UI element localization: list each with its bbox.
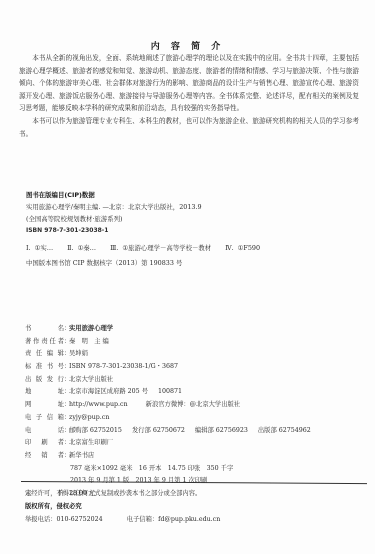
cip-classification: Ⅰ. ①实… Ⅱ. ①秦… Ⅲ. ①旅游心理学－高等学校－教材 Ⅳ. ①F590 xyxy=(26,242,356,254)
field-label: 出版发行： xyxy=(25,374,68,387)
field-label: 电话： xyxy=(25,425,68,438)
publisher-value: 北京大学出版社 xyxy=(68,374,113,387)
phone-entry: 编辑部 62756923 xyxy=(195,427,248,434)
report-phone-label: 举报电话： xyxy=(25,516,56,523)
phone-entry: 出版部 62754962 xyxy=(258,427,311,434)
intro-paragraph: 本书从全新的视角出发，全面、系统地阐述了旅游心理学的理论以及在实践中的应用。全书… xyxy=(19,52,359,115)
editor-value: 吴坤娟 xyxy=(68,348,88,361)
cip-isbn-line: ISBN 978-7-301-23038-1 xyxy=(26,225,356,237)
cip-class-item: Ⅳ. ①F590 xyxy=(225,244,260,252)
specs-value: 787 毫米×1092 毫米 16 开本 14.75 印张 350 千字 xyxy=(69,463,233,476)
intro-body: 本书从全新的视角出发，全面、系统地阐述了旅游心理学的理论以及在实践中的应用。全书… xyxy=(19,52,359,140)
intro-paragraph: 本书可以作为旅游管理专业专科生、本科生的教材，也可以作为旅游企业、旅游研究机构的… xyxy=(19,115,359,140)
report-phone: 010-62752024 xyxy=(56,516,102,523)
footer: 未经许可，不得以任何方式复制或抄袭本书之部分或全部内容。 版权所有，侵权必究 举… xyxy=(25,487,365,526)
colophon-row-isbn: 标准书号： ISBN 978-7-301-23038-1/G・3687 xyxy=(25,361,365,374)
field-label: 著作责任者： xyxy=(25,336,68,349)
postcode: 100871 xyxy=(158,388,182,395)
colophon-row-book-name: 书名： 实用旅游心理学 xyxy=(25,323,365,336)
phone-values: 邮购部 62752015发行部 62750672编辑部 62756923出版部 … xyxy=(68,425,311,438)
cip-class-item: Ⅰ. ①实… xyxy=(26,244,53,252)
colophon-row-website: 网址： http://www.pup.cn新浪官方微博：@北京大学出版社 xyxy=(25,399,365,412)
colophon-row-editor: 责任编辑： 吴坤娟 xyxy=(25,348,365,361)
cip-cn-number: 中国版本图书馆 CIP 数据核字（2013）第 190833 号 xyxy=(26,257,356,269)
field-label: 标准书号： xyxy=(25,361,68,374)
field-label: 网址： xyxy=(25,399,68,412)
colophon-row-email: 电子信箱： zyjy@pup.cn xyxy=(25,412,365,425)
rights-reserved: 版权所有，侵权必究 xyxy=(25,500,365,513)
phone-entry: 邮购部 62752015 xyxy=(69,427,122,434)
weibo-value: @北京大学出版社 xyxy=(190,401,240,408)
address-value: 北京市海淀区成府路 205 号100871 xyxy=(68,386,182,399)
report-email[interactable]: fd@pup.pku.edu.cn xyxy=(158,516,220,523)
phone-entry: 发行部 62750672 xyxy=(132,427,185,434)
field-label: 责任编辑： xyxy=(25,348,68,361)
colophon-row-distributor: 经销者： 新华书店 xyxy=(25,450,365,463)
cip-title-line: 实用旅游心理学/秦明主编. —北京：北京大学出版社，2013.9 xyxy=(26,201,356,213)
field-label: 印刷者： xyxy=(25,437,68,450)
colophon: 书名： 实用旅游心理学 著作责任者： 秦 明 主 编 责任编辑： 吴坤娟 标准书… xyxy=(25,323,365,501)
distributor-value: 新华书店 xyxy=(68,450,94,463)
book-name-value: 实用旅游心理学 xyxy=(68,323,113,336)
author-value: 秦 明 主 编 xyxy=(68,336,109,349)
report-email-label: 电子信箱： xyxy=(127,516,158,523)
colophon-row-specs: 787 毫米×1092 毫米 16 开本 14.75 印张 350 千字 xyxy=(25,463,365,476)
cip-class-item: Ⅲ. ①旅游心理学－高等学校－教材 xyxy=(110,244,211,252)
weibo-label: 新浪官方微博： xyxy=(146,401,190,408)
report-line: 举报电话：010-62752024电子信箱：fd@pup.pku.edu.cn xyxy=(25,513,365,526)
cip-class-item: Ⅱ. ①秦… xyxy=(67,244,96,252)
website-link[interactable]: http://www.pup.cn xyxy=(69,401,128,408)
email-value[interactable]: zyjy@pup.cn xyxy=(68,412,109,425)
field-label: 经销者： xyxy=(25,450,68,463)
cip-block: 图书在版编目(CIP)数据 实用旅游心理学/秦明主编. —北京：北京大学出版社，… xyxy=(26,189,356,269)
intro-title: 内 容 简 介 xyxy=(0,39,375,52)
cip-series-line: (全国高等院校规划教材·旅游系列) xyxy=(26,213,356,225)
cip-heading: 图书在版编目(CIP)数据 xyxy=(26,189,356,201)
copyright-page: 内 容 简 介 本书从全新的视角出发，全面、系统地阐述了旅游心理学的理论以及在实… xyxy=(0,0,375,554)
colophon-row-phone: 电话： 邮购部 62752015发行部 62750672编辑部 62756923… xyxy=(25,425,365,438)
colophon-row-author: 著作责任者： 秦 明 主 编 xyxy=(25,336,365,349)
printer-value: 北京富生印刷厂 xyxy=(68,437,113,450)
isbn-value: ISBN 978-7-301-23038-1/G・3687 xyxy=(68,361,178,374)
field-label: 地址： xyxy=(25,386,68,399)
copy-notice: 未经许可，不得以任何方式复制或抄袭本书之部分或全部内容。 xyxy=(25,487,365,500)
field-label: 电子信箱： xyxy=(25,412,68,425)
colophon-row-address: 地址： 北京市海淀区成府路 205 号100871 xyxy=(25,386,365,399)
colophon-row-printer: 印刷者： 北京富生印刷厂 xyxy=(25,437,365,450)
colophon-row-publisher: 出版发行： 北京大学出版社 xyxy=(25,374,365,387)
website-value: http://www.pup.cn新浪官方微博：@北京大学出版社 xyxy=(68,399,240,412)
field-label: 书名： xyxy=(25,323,68,336)
